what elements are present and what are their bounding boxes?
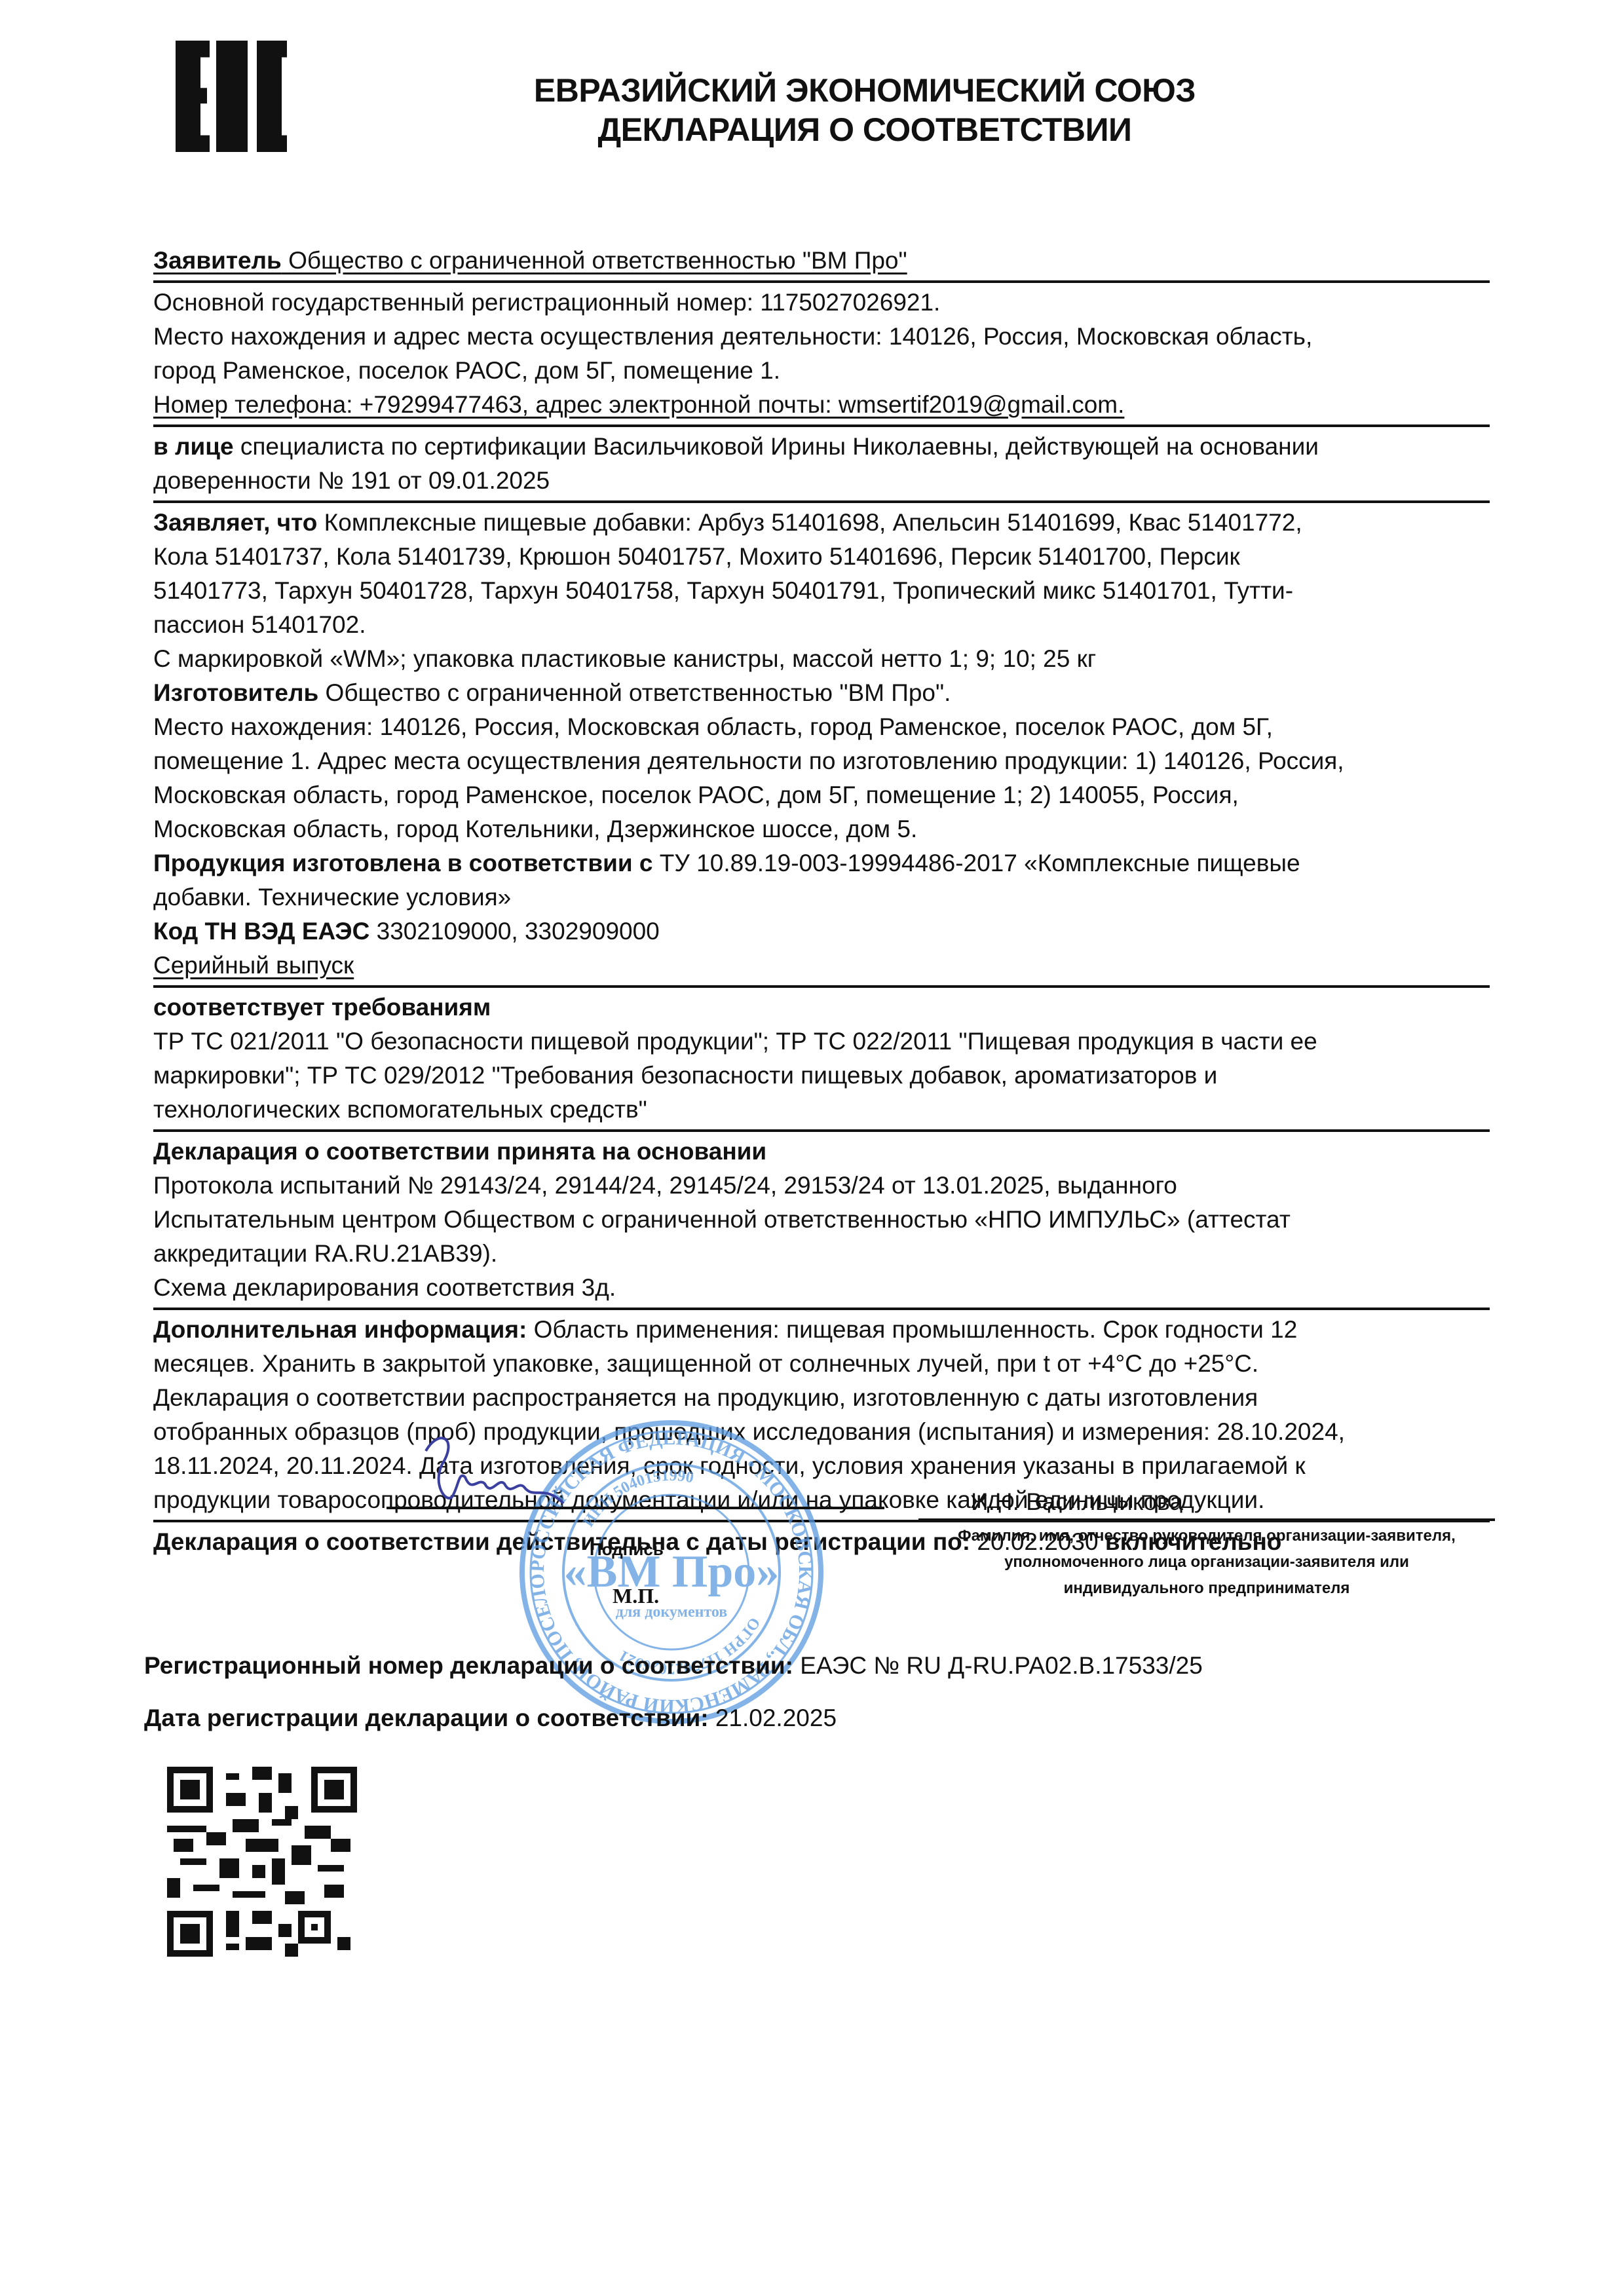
basis-section: Декларация о соответствии принята на осн… <box>153 1135 1490 1310</box>
applicant-details: Основной государственный регистрационный… <box>153 286 1490 427</box>
declares-label: Заявляет, что <box>153 509 317 536</box>
basis-label: Декларация о соответствии принята на осн… <box>153 1135 1490 1169</box>
seal-label: М.П. <box>613 1584 659 1608</box>
product-list-1: Комплексные пищевые добавки: Арбуз 51401… <box>317 509 1302 536</box>
applicant-section: Заявитель Общество с ограниченной ответс… <box>153 244 1490 283</box>
requirements-1: ТР ТС 021/2011 "О безопасности пищевой п… <box>153 1025 1490 1059</box>
registration-date-value: 21.02.2025 <box>709 1704 837 1731</box>
registration-date-label: Дата регистрации декларации о соответств… <box>144 1704 709 1731</box>
tnved-codes: 3302109000, 3302909000 <box>369 918 659 945</box>
basis-2: Испытательным центром Обществом с ограни… <box>153 1203 1490 1237</box>
tnved-label: Код ТН ВЭД ЕАЭС <box>153 918 369 945</box>
requirements-2: маркировки"; ТР ТС 029/2012 "Требования … <box>153 1059 1490 1093</box>
svg-text:ИНН 5040151990: ИНН 5040151990 <box>580 1467 695 1530</box>
additional-1: Область применения: пищевая промышленнос… <box>527 1316 1297 1343</box>
document-header: ЕВРАЗИЙСКИЙ ЭКОНОМИЧЕСКИЙ СОЮЗ ДЕКЛАРАЦИ… <box>367 71 1363 149</box>
product-list-4: пассион 51401702. <box>153 608 1490 642</box>
signer-name: И.Н. Васильчикова <box>918 1487 1495 1517</box>
signer-caption-2: уполномоченного лица организации-заявите… <box>918 1551 1495 1573</box>
signer-caption-1: Фамилия, имя, отчество руководителя орга… <box>918 1525 1495 1547</box>
signature-icon <box>413 1431 583 1510</box>
declares-section: Заявляет, что Комплексные пищевые добавк… <box>153 506 1490 949</box>
registration-date: Дата регистрации декларации о соответств… <box>144 1704 837 1732</box>
additional-3: Декларация о соответствии распространяет… <box>153 1381 1490 1415</box>
declaration-scheme: Схема декларирования соответствия 3д. <box>153 1271 1490 1305</box>
manufacturer-label: Изготовитель <box>153 679 318 706</box>
registration-number-label: Регистрационный номер декларации о соотв… <box>144 1652 793 1679</box>
qr-code-icon[interactable] <box>167 1767 357 1957</box>
signer-box: И.Н. Васильчикова Фамилия, имя, отчество… <box>918 1487 1495 1600</box>
product-list-2: Кола 51401737, Кола 51401739, Крюшон 504… <box>153 540 1490 574</box>
document-title: ДЕКЛАРАЦИЯ О СООТВЕТСТВИИ <box>367 110 1363 149</box>
requirements-3: технологических вспомогательных средств" <box>153 1093 1490 1127</box>
declaration-body: Заявитель Общество с ограниченной ответс… <box>153 244 1490 1559</box>
product-marking: С маркировкой «WM»; упаковка пластиковые… <box>153 642 1490 676</box>
additional-2: месяцев. Хранить в закрытой упаковке, за… <box>153 1347 1490 1381</box>
signature-label: Подпись <box>590 1539 664 1560</box>
additional-label: Дополнительная информация: <box>153 1316 527 1343</box>
manufacturer-address-1: Место нахождения: 140126, Россия, Москов… <box>153 710 1490 744</box>
registration-number-value: ЕАЭС № RU Д-RU.РА02.В.17533/25 <box>793 1652 1203 1679</box>
manufacturer-name: Общество с ограниченной ответственностью… <box>318 679 951 706</box>
applicant-ogrn: Основной государственный регистрационный… <box>153 286 1490 320</box>
release-type: Серийный выпуск <box>153 949 1490 983</box>
signature-line <box>387 1507 884 1509</box>
representative-text: специалиста по сертификации Васильчиково… <box>234 433 1319 460</box>
applicant-address-1: Место нахождения и адрес места осуществл… <box>153 320 1490 354</box>
applicant-contacts: Номер телефона: +79299477463, адрес элек… <box>153 388 1490 422</box>
representative-label: в лице <box>153 433 234 460</box>
representative-section: в лице специалиста по сертификации Васил… <box>153 430 1490 503</box>
applicant-address-2: город Раменское, поселок РАОС, дом 5Г, п… <box>153 354 1490 388</box>
union-title: ЕВРАЗИЙСКИЙ ЭКОНОМИЧЕСКИЙ СОЮЗ <box>367 71 1363 110</box>
manufacturer-address-3: Московская область, город Раменское, пос… <box>153 778 1490 812</box>
manufacturer-address-4: Московская область, город Котельники, Дз… <box>153 812 1490 846</box>
applicant-label: Заявитель <box>153 247 282 274</box>
applicant-name: Общество с ограниченной ответственностью… <box>282 247 907 274</box>
requirements-section: соответствует требованиям ТР ТС 021/2011… <box>153 990 1490 1132</box>
basis-1: Протокола испытаний № 29143/24, 29144/24… <box>153 1169 1490 1203</box>
signer-caption-3: индивидуального предпринимателя <box>918 1577 1495 1600</box>
eac-mark-icon <box>176 41 287 152</box>
product-basis-2: добавки. Технические условия» <box>153 880 1490 914</box>
product-basis-1: ТУ 10.89.19-003-19994486-2017 «Комплексн… <box>653 850 1300 876</box>
release-section: Серийный выпуск <box>153 949 1490 988</box>
registration-number: Регистрационный номер декларации о соотв… <box>144 1652 1203 1680</box>
product-list-3: 51401773, Тархун 50401728, Тархун 504017… <box>153 574 1490 608</box>
product-basis-label: Продукция изготовлена в соответствии с <box>153 850 653 876</box>
requirements-label: соответствует требованиям <box>153 990 1490 1025</box>
basis-3: аккредитации RA.RU.21AB39). <box>153 1237 1490 1271</box>
signer-name-line <box>918 1518 1495 1521</box>
power-of-attorney: доверенности № 191 от 09.01.2025 <box>153 464 1490 498</box>
manufacturer-address-2: помещение 1. Адрес места осуществления д… <box>153 744 1490 778</box>
